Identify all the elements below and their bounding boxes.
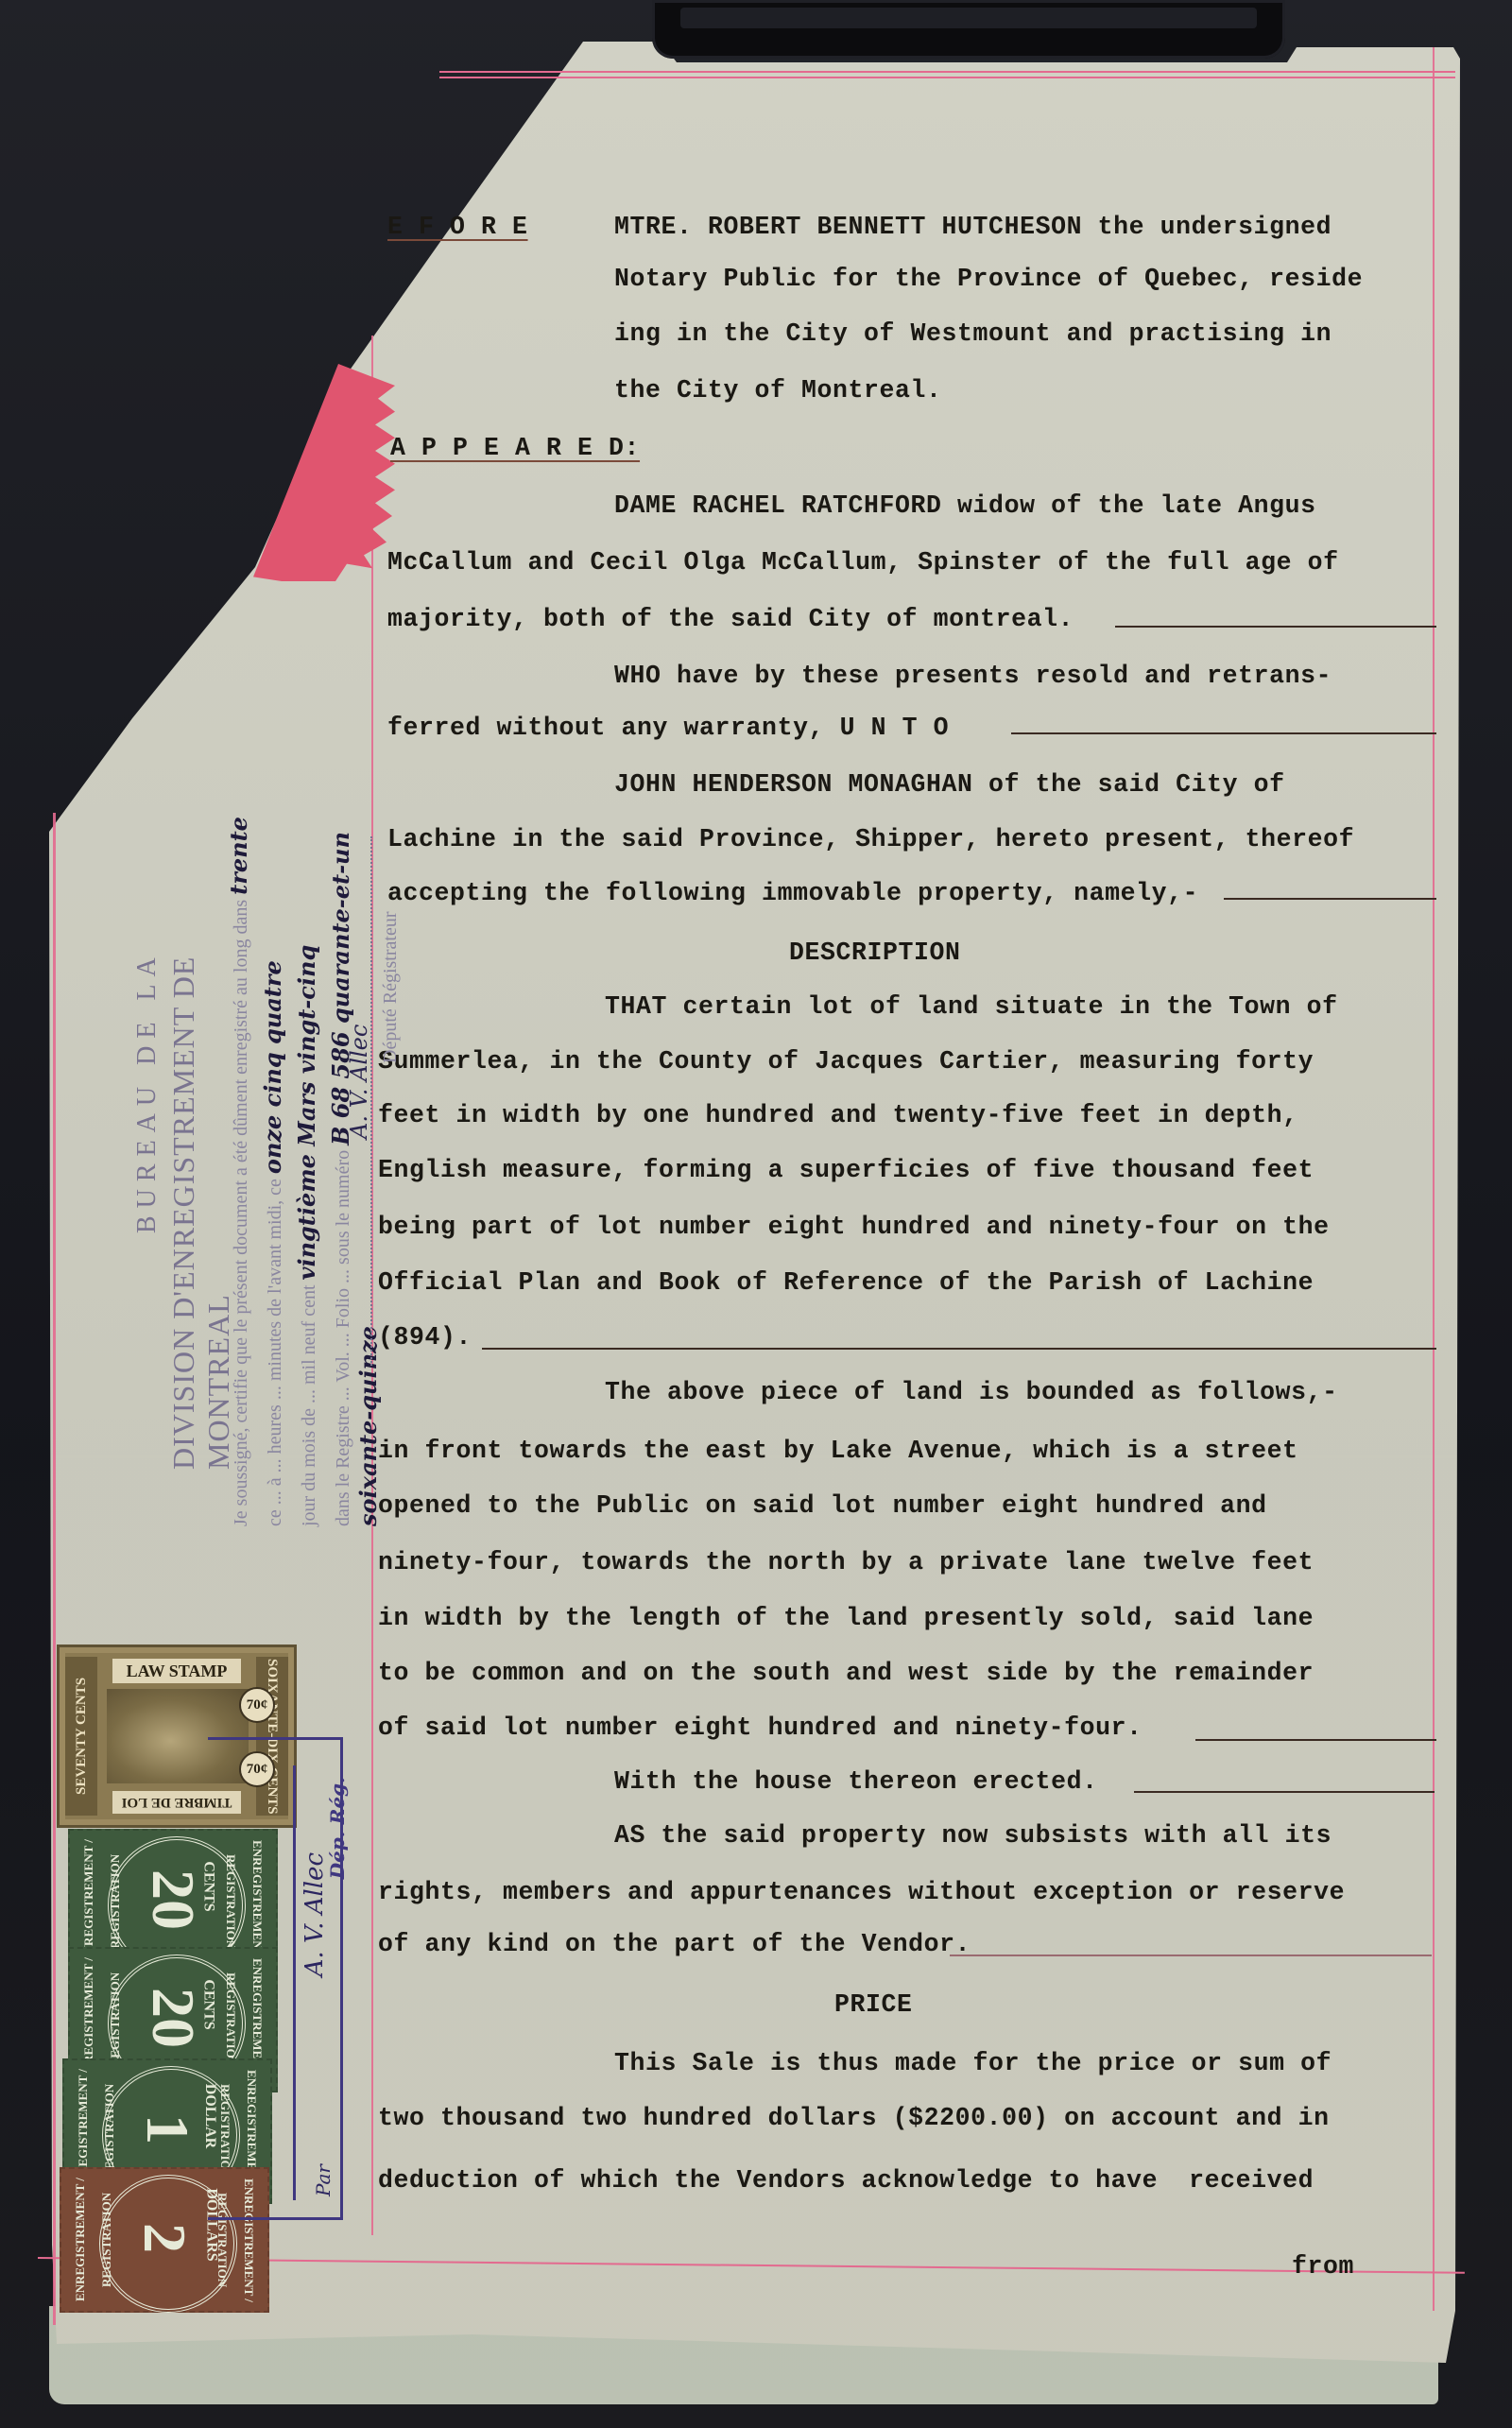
text-line: being part of lot number eight hundred a…	[378, 1213, 1330, 1241]
text-line: two thousand two hundred dollars ($2200.…	[378, 2104, 1330, 2132]
before-heading: E F O R E	[387, 213, 528, 241]
description-heading: DESCRIPTION	[789, 938, 961, 967]
text-line: ferred without any warranty, U N T O	[387, 714, 949, 742]
text-line: in front towards the east by Lake Avenue…	[378, 1437, 1298, 1465]
text-line: DAME RACHEL RATCHFORD widow of the late …	[614, 491, 1316, 520]
text-line: feet in width by one hundred and twenty-…	[378, 1101, 1298, 1129]
text-line: deduction of which the Vendors acknowled…	[378, 2166, 1314, 2195]
text-line: majority, both of the said City of montr…	[387, 605, 1074, 633]
text-line: of said lot number eight hundred and nin…	[378, 1713, 1143, 1742]
handwritten-entry: onze cinq quatre	[259, 960, 286, 1174]
text-line: from	[1292, 2252, 1354, 2281]
text-line: Summerlea, in the County of Jacques Cart…	[378, 1047, 1314, 1076]
text-line: WHO have by these presents resold and re…	[614, 662, 1332, 690]
cancellation-signature: A. V. Allec	[301, 1852, 329, 1976]
cancellation-bracket	[208, 1737, 343, 2220]
text-line: AS the said property now subsists with a…	[614, 1821, 1332, 1850]
text-line: rights, members and appurtenances withou…	[378, 1878, 1345, 1906]
text-line: the City of Montreal.	[614, 376, 942, 405]
text-line: of any kind on the part of the Vendor.	[378, 1930, 971, 1958]
text-line: English measure, forming a superficies o…	[378, 1156, 1314, 1184]
appeared-heading: A P P E A R E D:	[390, 434, 640, 462]
top-rule	[439, 71, 1455, 73]
text-line: JOHN HENDERSON MONAGHAN of the said City…	[614, 770, 1285, 799]
cancellation-par: Par	[312, 2164, 335, 2196]
text-line: accepting the following immovable proper…	[387, 879, 1198, 907]
text-line: The above piece of land is bounded as fo…	[605, 1378, 1338, 1406]
price-heading: PRICE	[834, 1990, 913, 2019]
text-line: Official Plan and Book of Reference of t…	[378, 1268, 1314, 1297]
red-notary-seal	[253, 364, 395, 581]
text-line: ninety-four, towards the north by a priv…	[378, 1548, 1314, 1576]
text-line: This Sale is thus made for the price or …	[614, 2049, 1332, 2077]
registrar-signature: A. V. Allec	[346, 1025, 372, 1139]
text-line: Lachine in the said Province, Shipper, h…	[387, 825, 1354, 853]
text-line: Notary Public for the Province of Quebec…	[614, 265, 1363, 293]
text-line: opened to the Public on said lot number …	[378, 1491, 1267, 1520]
outer-left-rule	[53, 813, 56, 2325]
handwritten-entry: vingtième Mars vingt-cinq	[293, 945, 320, 1281]
text-line: With the house thereon erected.	[614, 1767, 1098, 1796]
text-line: MTRE. ROBERT BENNETT HUTCHESON the under…	[614, 213, 1332, 241]
cancellation-label: Dép. Rég.	[326, 1777, 349, 1879]
registration-office-stamp: BUREAU DE LA DIVISION D'ENREGISTREMENT D…	[132, 799, 416, 1744]
right-margin-rule	[1433, 47, 1435, 2311]
registrar-title: Député Régistrateur	[380, 912, 402, 1064]
text-line: in width by the length of the land prese…	[378, 1604, 1314, 1632]
text-line: to be common and on the south and west s…	[378, 1659, 1314, 1687]
binder-clip	[652, 0, 1285, 59]
text-line: ing in the City of Westmount and practis…	[614, 319, 1332, 348]
text-line: McCallum and Cecil Olga McCallum, Spinst…	[387, 548, 1339, 577]
reg-bureau-label: BUREAU DE LA	[132, 950, 163, 1233]
handwritten-entry: trente	[225, 817, 252, 895]
text-line: THAT certain lot of land situate in the …	[605, 992, 1338, 1021]
